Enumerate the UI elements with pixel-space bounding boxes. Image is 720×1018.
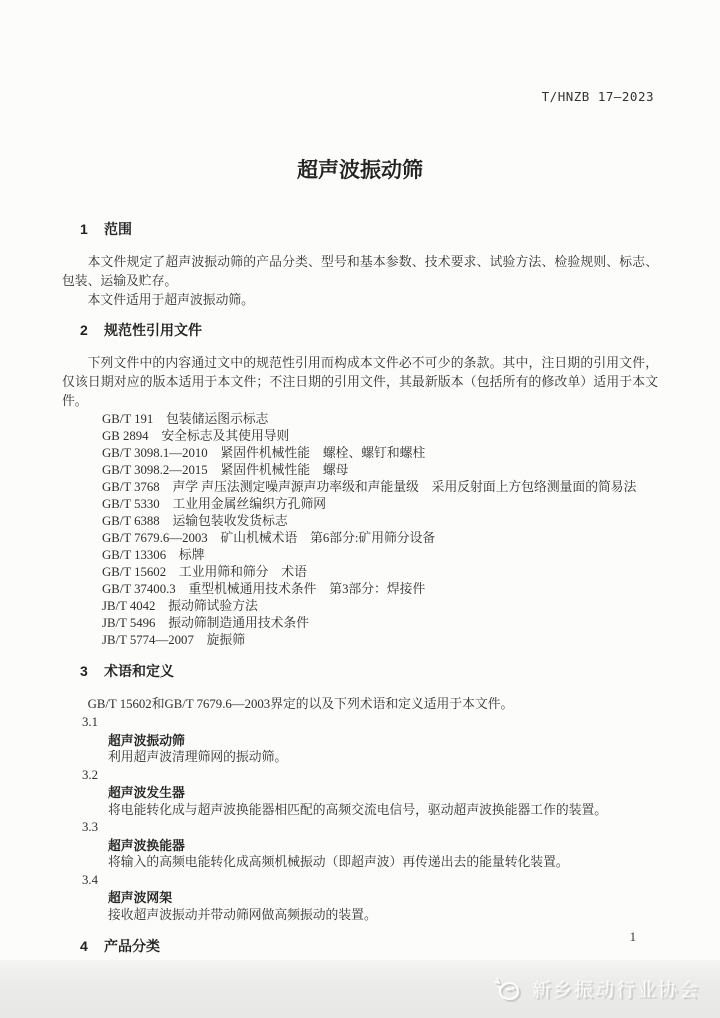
reference-item: GB/T 7679.6—2003 矿山机械术语 第6部分:矿用筛分设备 xyxy=(102,530,658,547)
section-1-heading: 1范围 xyxy=(80,219,658,239)
reference-item: JB/T 4042 振动筛试验方法 xyxy=(102,598,658,615)
paragraph: 下列文件中的内容通过文中的规范性引用而构成本文件必不可少的条款。其中，注日期的引… xyxy=(62,354,658,411)
association-watermark: 新乡振动行业协会 xyxy=(494,975,700,1002)
page-number: 1 xyxy=(630,930,636,945)
section-number: 1 xyxy=(80,219,94,239)
reference-item: GB/T 3098.1—2010 紧固件机械性能 螺栓、螺钉和螺柱 xyxy=(102,445,658,462)
term-name: 超声波振动筛 xyxy=(108,732,658,750)
section-number: 3 xyxy=(80,661,94,681)
section-title: 术语和定义 xyxy=(104,663,174,679)
section-title: 产品分类 xyxy=(104,938,160,954)
term-number: 3.2 xyxy=(82,767,658,785)
paragraph: GB/T 15602和GB/T 7679.6—2003界定的以及下列术语和定义适… xyxy=(62,695,658,714)
term-entry: 3.2 超声波发生器 将电能转化成与超声波换能器相匹配的高频交流电信号，驱动超声… xyxy=(62,767,658,820)
footer-strip: 新乡振动行业协会 xyxy=(0,960,720,1018)
section-2-heading: 2规范性引用文件 xyxy=(80,320,658,340)
reference-item: JB/T 5774—2007 旋振筛 xyxy=(102,632,658,649)
document-body: 1范围 本文件规定了超声波振动筛的产品分类、型号和基本参数、技术要求、试验方法、… xyxy=(62,212,658,956)
reference-item: GB/T 3768 声学 声压法测定噪声源声功率级和声能量级 采用反射面上方包络… xyxy=(102,479,658,496)
reference-item: GB/T 37400.3 重型机械通用技术条件 第3部分：焊接件 xyxy=(102,581,658,598)
reference-item: GB/T 3098.2—2015 紧固件机械性能 螺母 xyxy=(102,462,658,479)
term-number: 3.1 xyxy=(82,714,658,732)
section-title: 规范性引用文件 xyxy=(104,322,202,338)
section-3-heading: 3术语和定义 xyxy=(80,661,658,681)
bird-logo-icon xyxy=(494,976,524,1002)
reference-item: GB 2894 安全标志及其使用导则 xyxy=(102,428,658,445)
section-title: 范围 xyxy=(104,221,132,237)
term-name: 超声波换能器 xyxy=(108,837,658,855)
paragraph: 本文件适用于超声波振动筛。 xyxy=(62,291,658,310)
reference-item: GB/T 15602 工业用筛和筛分 术语 xyxy=(102,564,658,581)
section-number: 4 xyxy=(80,936,94,956)
watermark-text: 新乡振动行业协会 xyxy=(532,975,700,1002)
paragraph: 本文件规定了超声波振动筛的产品分类、型号和基本参数、技术要求、试验方法、检验规则… xyxy=(62,253,658,291)
term-number: 3.4 xyxy=(82,872,658,890)
reference-item: JB/T 5496 振动筛制造通用技术条件 xyxy=(102,615,658,632)
reference-item: GB/T 13306 标牌 xyxy=(102,547,658,564)
term-number: 3.3 xyxy=(82,819,658,837)
term-entry: 3.1 超声波振动筛 利用超声波清理筛网的振动筛。 xyxy=(62,714,658,767)
section-4-heading: 4产品分类 xyxy=(80,936,658,956)
standard-code: T/HNZB 17—2023 xyxy=(542,89,654,104)
term-definition: 接收超声波振动并带动筛网做高频振动的装置。 xyxy=(108,907,658,925)
reference-item: GB/T 5330 工业用金属丝编织方孔筛网 xyxy=(102,496,658,513)
term-definition: 将电能转化成与超声波换能器相匹配的高频交流电信号，驱动超声波换能器工作的装置。 xyxy=(108,802,658,820)
term-definition: 利用超声波清理筛网的振动筛。 xyxy=(108,749,658,767)
document-page: T/HNZB 17—2023 超声波振动筛 1范围 本文件规定了超声波振动筛的产… xyxy=(0,0,720,1018)
term-entry: 3.3 超声波换能器 将输入的高频电能转化成高频机械振动（即超声波）再传递出去的… xyxy=(62,819,658,872)
term-name: 超声波网架 xyxy=(108,889,658,907)
term-name: 超声波发生器 xyxy=(108,784,658,802)
term-definition: 将输入的高频电能转化成高频机械振动（即超声波）再传递出去的能量转化装置。 xyxy=(108,854,658,872)
document-title: 超声波振动筛 xyxy=(0,154,720,184)
normative-reference-list: GB/T 191 包装储运图示标志 GB 2894 安全标志及其使用导则 GB/… xyxy=(62,411,658,649)
term-entry: 3.4 超声波网架 接收超声波振动并带动筛网做高频振动的装置。 xyxy=(62,872,658,925)
reference-item: GB/T 6388 运输包装收发货标志 xyxy=(102,513,658,530)
reference-item: GB/T 191 包装储运图示标志 xyxy=(102,411,658,428)
section-number: 2 xyxy=(80,320,94,340)
